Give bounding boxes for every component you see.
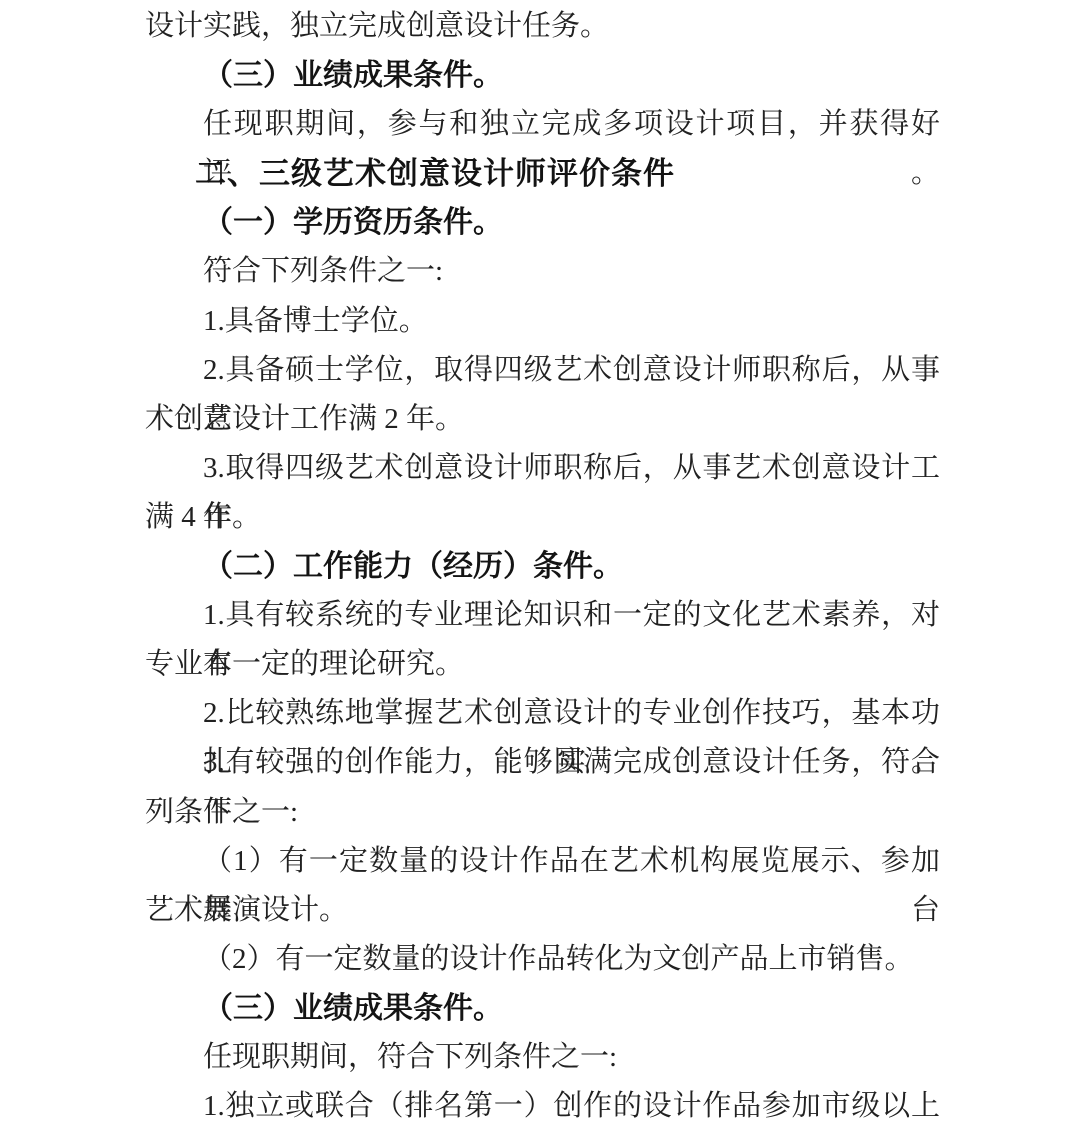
text-line: 列条件之一: bbox=[145, 788, 940, 837]
document-page: 设计实践，独立完成创意设计任务。 （三）业绩成果条件。 任现职期间，参与和独立完… bbox=[0, 0, 1080, 1128]
section-heading: （三）业绩成果条件。 bbox=[145, 984, 940, 1033]
text-line: 任现职期间，符合下列条件之一: bbox=[145, 1033, 940, 1082]
text-line: 设计实践，独立完成创意设计任务。 bbox=[145, 2, 940, 51]
text-line: 3.取得四级艺术创意设计师职称后，从事艺术创意设计工作 bbox=[145, 444, 940, 493]
text-line: 3.有较强的创作能力，能够圆满完成创意设计任务，符合下 bbox=[145, 738, 940, 787]
section-heading: （一）学历资历条件。 bbox=[145, 198, 940, 247]
text-line: 任现职期间，参与和独立完成多项设计项目，并获得好评。 bbox=[145, 100, 940, 149]
section-heading: （二）工作能力（经历）条件。 bbox=[145, 542, 940, 591]
text-line: 1.具备博士学位。 bbox=[145, 297, 940, 346]
section-heading: （三）业绩成果条件。 bbox=[145, 51, 940, 100]
text-line: 术创意设计工作满 2 年。 bbox=[145, 395, 940, 444]
text-line: 专业有一定的理论研究。 bbox=[145, 640, 940, 689]
text-line: 满 4 年。 bbox=[145, 493, 940, 542]
text-line: 1.具有较系统的专业理论知识和一定的文化艺术素养，对本 bbox=[145, 591, 940, 640]
text-line: （1）有一定数量的设计作品在艺术机构展览展示、参加舞台 bbox=[145, 837, 940, 886]
text-line: 符合下列条件之一: bbox=[145, 247, 940, 296]
text-line: 2.具备硕士学位，取得四级艺术创意设计师职称后，从事艺 bbox=[145, 346, 940, 395]
text-line: 1.独立或联合（排名第一）创作的设计作品参加市级以上政 bbox=[145, 1082, 940, 1128]
document-text-block: 设计实践，独立完成创意设计任务。 （三）业绩成果条件。 任现职期间，参与和独立完… bbox=[145, 2, 940, 1128]
text-line: 2.比较熟练地掌握艺术创意设计的专业创作技巧，基本功扎实。 bbox=[145, 689, 940, 738]
text-line: （2）有一定数量的设计作品转化为文创产品上市销售。 bbox=[145, 935, 940, 984]
